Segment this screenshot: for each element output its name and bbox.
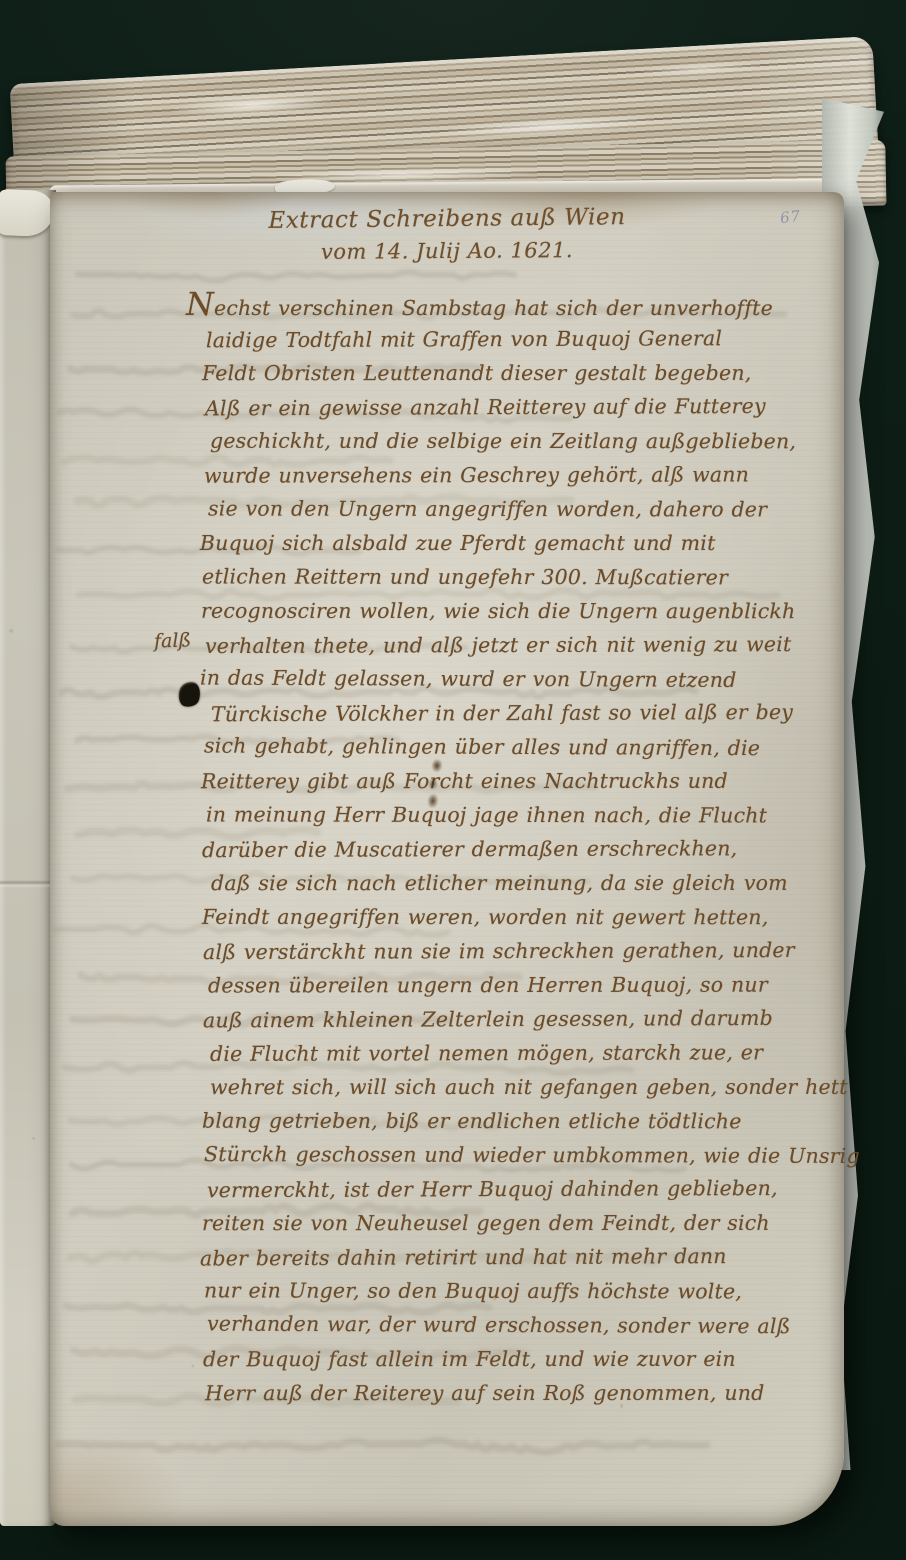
- letter-heading: Extract Schreibens auß Wien vom 14. Juli…: [50, 206, 844, 263]
- manuscript-line: sie von den Ungern angegriffen worden, d…: [208, 492, 844, 527]
- manuscript-line: Reitterey gibt auß Forcht eines Nachtruc…: [201, 764, 844, 799]
- manuscript-line: dessen übereilen ungern den Herren Buquo…: [208, 968, 844, 1003]
- manuscript-line: Türckische Völckher in der Zahl fast so …: [211, 695, 845, 732]
- manuscript-body: Nechst verschinen Sambstag hat sich der …: [50, 288, 844, 1410]
- manuscript-line: etlichen Reittern und ungefehr 300. Mußc…: [202, 559, 844, 594]
- manuscript-line: wehret sich, will sich auch nit gefangen…: [210, 1070, 844, 1104]
- manuscript-line: nur ein Unger, so den Buquoj auffs höchs…: [204, 1273, 844, 1308]
- manuscript-line: Stürckh geschossen und wieder umbkommen,…: [204, 1137, 844, 1173]
- manuscript-line: verhalten thete, und alß jetzt er sich n…: [205, 627, 844, 663]
- manuscript-line: der Buquoj fast allein im Feldt, und wie…: [203, 1342, 844, 1376]
- manuscript-line: blang getrieben, biß er endlichen etlich…: [202, 1104, 844, 1139]
- manuscript-line: Feldt Obristen Leuttenandt dieser gestal…: [202, 356, 844, 390]
- manuscript-line: Feindt angegriffen weren, worden nit gew…: [202, 900, 844, 934]
- manuscript-line: Alß er ein gewisse anzahl Reitterey auf …: [205, 389, 844, 426]
- manuscript-line: recognosciren wollen, wie sich die Unger…: [201, 594, 844, 628]
- manuscript-line: wurde unversehens ein Geschrey gehört, a…: [204, 457, 844, 492]
- manuscript-line: in meinung Herr Buquoj jage ihnen nach, …: [206, 797, 844, 832]
- manuscript-line: Herr auß der Reiterey auf sein Roß genom…: [205, 1376, 844, 1410]
- heading-line-1: Extract Schreibens auß Wien: [50, 202, 844, 236]
- manuscript-line: verhanden war, der wurd erschossen, sond…: [207, 1306, 844, 1343]
- paper-crease: [0, 880, 52, 888]
- manuscript-line: die Flucht mit vortel nemen mögen, starc…: [210, 1035, 844, 1071]
- manuscript-page: 67 Extract Schreibens auß Wien vom 14. J…: [50, 192, 844, 1526]
- manuscript-line: darüber die Muscatierer dermaßen erschre…: [202, 831, 844, 867]
- manuscript-line: Nechst verschinen Sambstag hat sich der …: [186, 288, 844, 322]
- show-through-line: [59, 1440, 707, 1451]
- show-through-line: [77, 272, 514, 280]
- underlying-page-edge: [0, 190, 56, 1526]
- manuscript-photograph: 67 Extract Schreibens auß Wien vom 14. J…: [0, 0, 906, 1560]
- margin-note: falß: [154, 629, 192, 652]
- manuscript-line: geschickht, und die selbige ein Zeitlang…: [209, 424, 844, 459]
- manuscript-line: sich gehabt, gehlingen über alles und an…: [204, 728, 844, 765]
- manuscript-line: vermerckht, ist der Herr Buquoj dahinden…: [207, 1171, 844, 1207]
- manuscript-line: Buquoj sich alsbald zue Pferdt gemacht u…: [200, 526, 844, 560]
- manuscript-line: reiten sie von Neuheusel gegen dem Feind…: [202, 1206, 844, 1240]
- manuscript-line: alß verstärckht nun sie im schreckhen ge…: [203, 933, 844, 969]
- manuscript-line: auß ainem khleinen Zelterlein gesessen, …: [203, 1001, 844, 1038]
- manuscript-line: aber bereits dahin retirirt und hat nit …: [200, 1238, 844, 1275]
- manuscript-line: laidige Todtfahl mit Graffen von Buquoj …: [206, 321, 844, 358]
- heading-date-line: vom 14. Julij Ao. 1621.: [50, 236, 844, 266]
- manuscript-line: daß sie sich nach etlicher meinung, da s…: [211, 866, 844, 900]
- manuscript-line: in das Feldt gelassen, wurd er von Unger…: [200, 661, 845, 698]
